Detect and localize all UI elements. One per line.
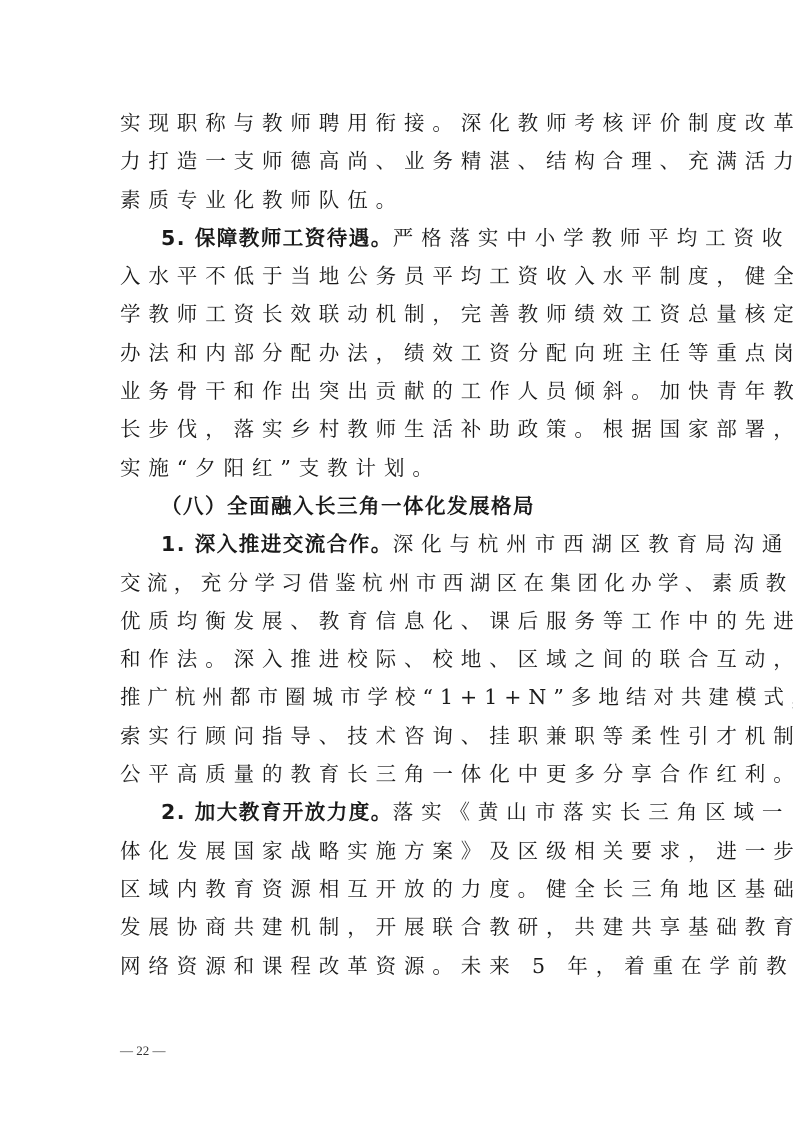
text-line: 业务骨干和作出突出贡献的工作人员倾斜。加快青年教师成 [120,372,672,410]
text-line: 和作法。深入推进校际、校地、区域之间的联合互动，逐步 [120,640,672,678]
text-line: 推广杭州都市圈城市学校“1+1+N”多地结对共建模式，探 [120,678,672,716]
text-line: 实现职称与教师聘用衔接。深化教师考核评价制度改革，着 [120,104,672,142]
paragraph-item-5-teacher-salary: 5. 保障教师工资待遇。严格落实中小学教师平均工资收 入水平不低于当地公务员平均… [120,219,672,487]
text-line: 交流，充分学习借鉴杭州市西湖区在集团化办学、素质教育、 [120,564,672,602]
page-number: — 22 — [120,1043,166,1059]
text-line: 实施“夕阳红”支教计划。 [120,449,672,487]
item-lead-heading: 5. 保障教师工资待遇。 [161,226,393,250]
text-line: 公平高质量的教育长三角一体化中更多分享合作红利。 [120,755,672,793]
section-heading-8: （八）全面融入长三角一体化发展格局 [120,487,672,525]
text-line: 区域内教育资源相互开放的力度。健全长三角地区基础教育 [120,870,672,908]
text-line: 办法和内部分配办法，绩效工资分配向班主任等重点岗位、 [120,334,672,372]
text-line: 2. 加大教育开放力度。落实《黄山市落实长三角区域一 [120,793,672,831]
text-line: 优质均衡发展、教育信息化、课后服务等工作中的先进经验 [120,602,672,640]
paragraph-teacher-evaluation: 实现职称与教师聘用衔接。深化教师考核评价制度改革，着 力打造一支师德高尚、业务精… [120,104,672,219]
text-line: 1. 深入推进交流合作。深化与杭州市西湖区教育局沟通 [120,525,672,563]
text-line: 发展协商共建机制，开展联合教研，共建共享基础教育优质 [120,908,672,946]
text-line: 体化发展国家战略实施方案》及区级相关要求，进一步加大 [120,832,672,870]
text-line: 5. 保障教师工资待遇。严格落实中小学教师平均工资收 [120,219,672,257]
text-line: 网络资源和课程改革资源。未来 5 年，着重在学前教育、基 [120,947,672,985]
text-line: 入水平不低于当地公务员平均工资收入水平制度，健全中小 [120,257,672,295]
text-line: 长步伐，落实乡村教师生活补助政策。根据国家部署，继续 [120,410,672,448]
text-line: 学教师工资长效联动机制，完善教师绩效工资总量核定分配 [120,295,672,333]
text-line: 索实行顾问指导、技术咨询、挂职兼职等柔性引才机制，在 [120,717,672,755]
text-line: 力打造一支师德高尚、业务精湛、结构合理、充满活力的高 [120,142,672,180]
text-run: 深化与杭州市西湖区教育局沟通 [393,532,791,556]
text-run: 落实《黄山市落实长三角区域一 [393,800,791,824]
item-lead-heading: 2. 加大教育开放力度。 [161,800,393,824]
paragraph-item-1-exchange-cooperation: 1. 深入推进交流合作。深化与杭州市西湖区教育局沟通 交流，充分学习借鉴杭州市西… [120,525,672,793]
document-page: 实现职称与教师聘用衔接。深化教师考核评价制度改革，着 力打造一支师德高尚、业务精… [120,104,672,985]
paragraph-item-2-education-opening: 2. 加大教育开放力度。落实《黄山市落实长三角区域一 体化发展国家战略实施方案》… [120,793,672,984]
text-line: 素质专业化教师队伍。 [120,181,672,219]
text-run: 严格落实中小学教师平均工资收 [393,226,791,250]
item-lead-heading: 1. 深入推进交流合作。 [161,532,393,556]
